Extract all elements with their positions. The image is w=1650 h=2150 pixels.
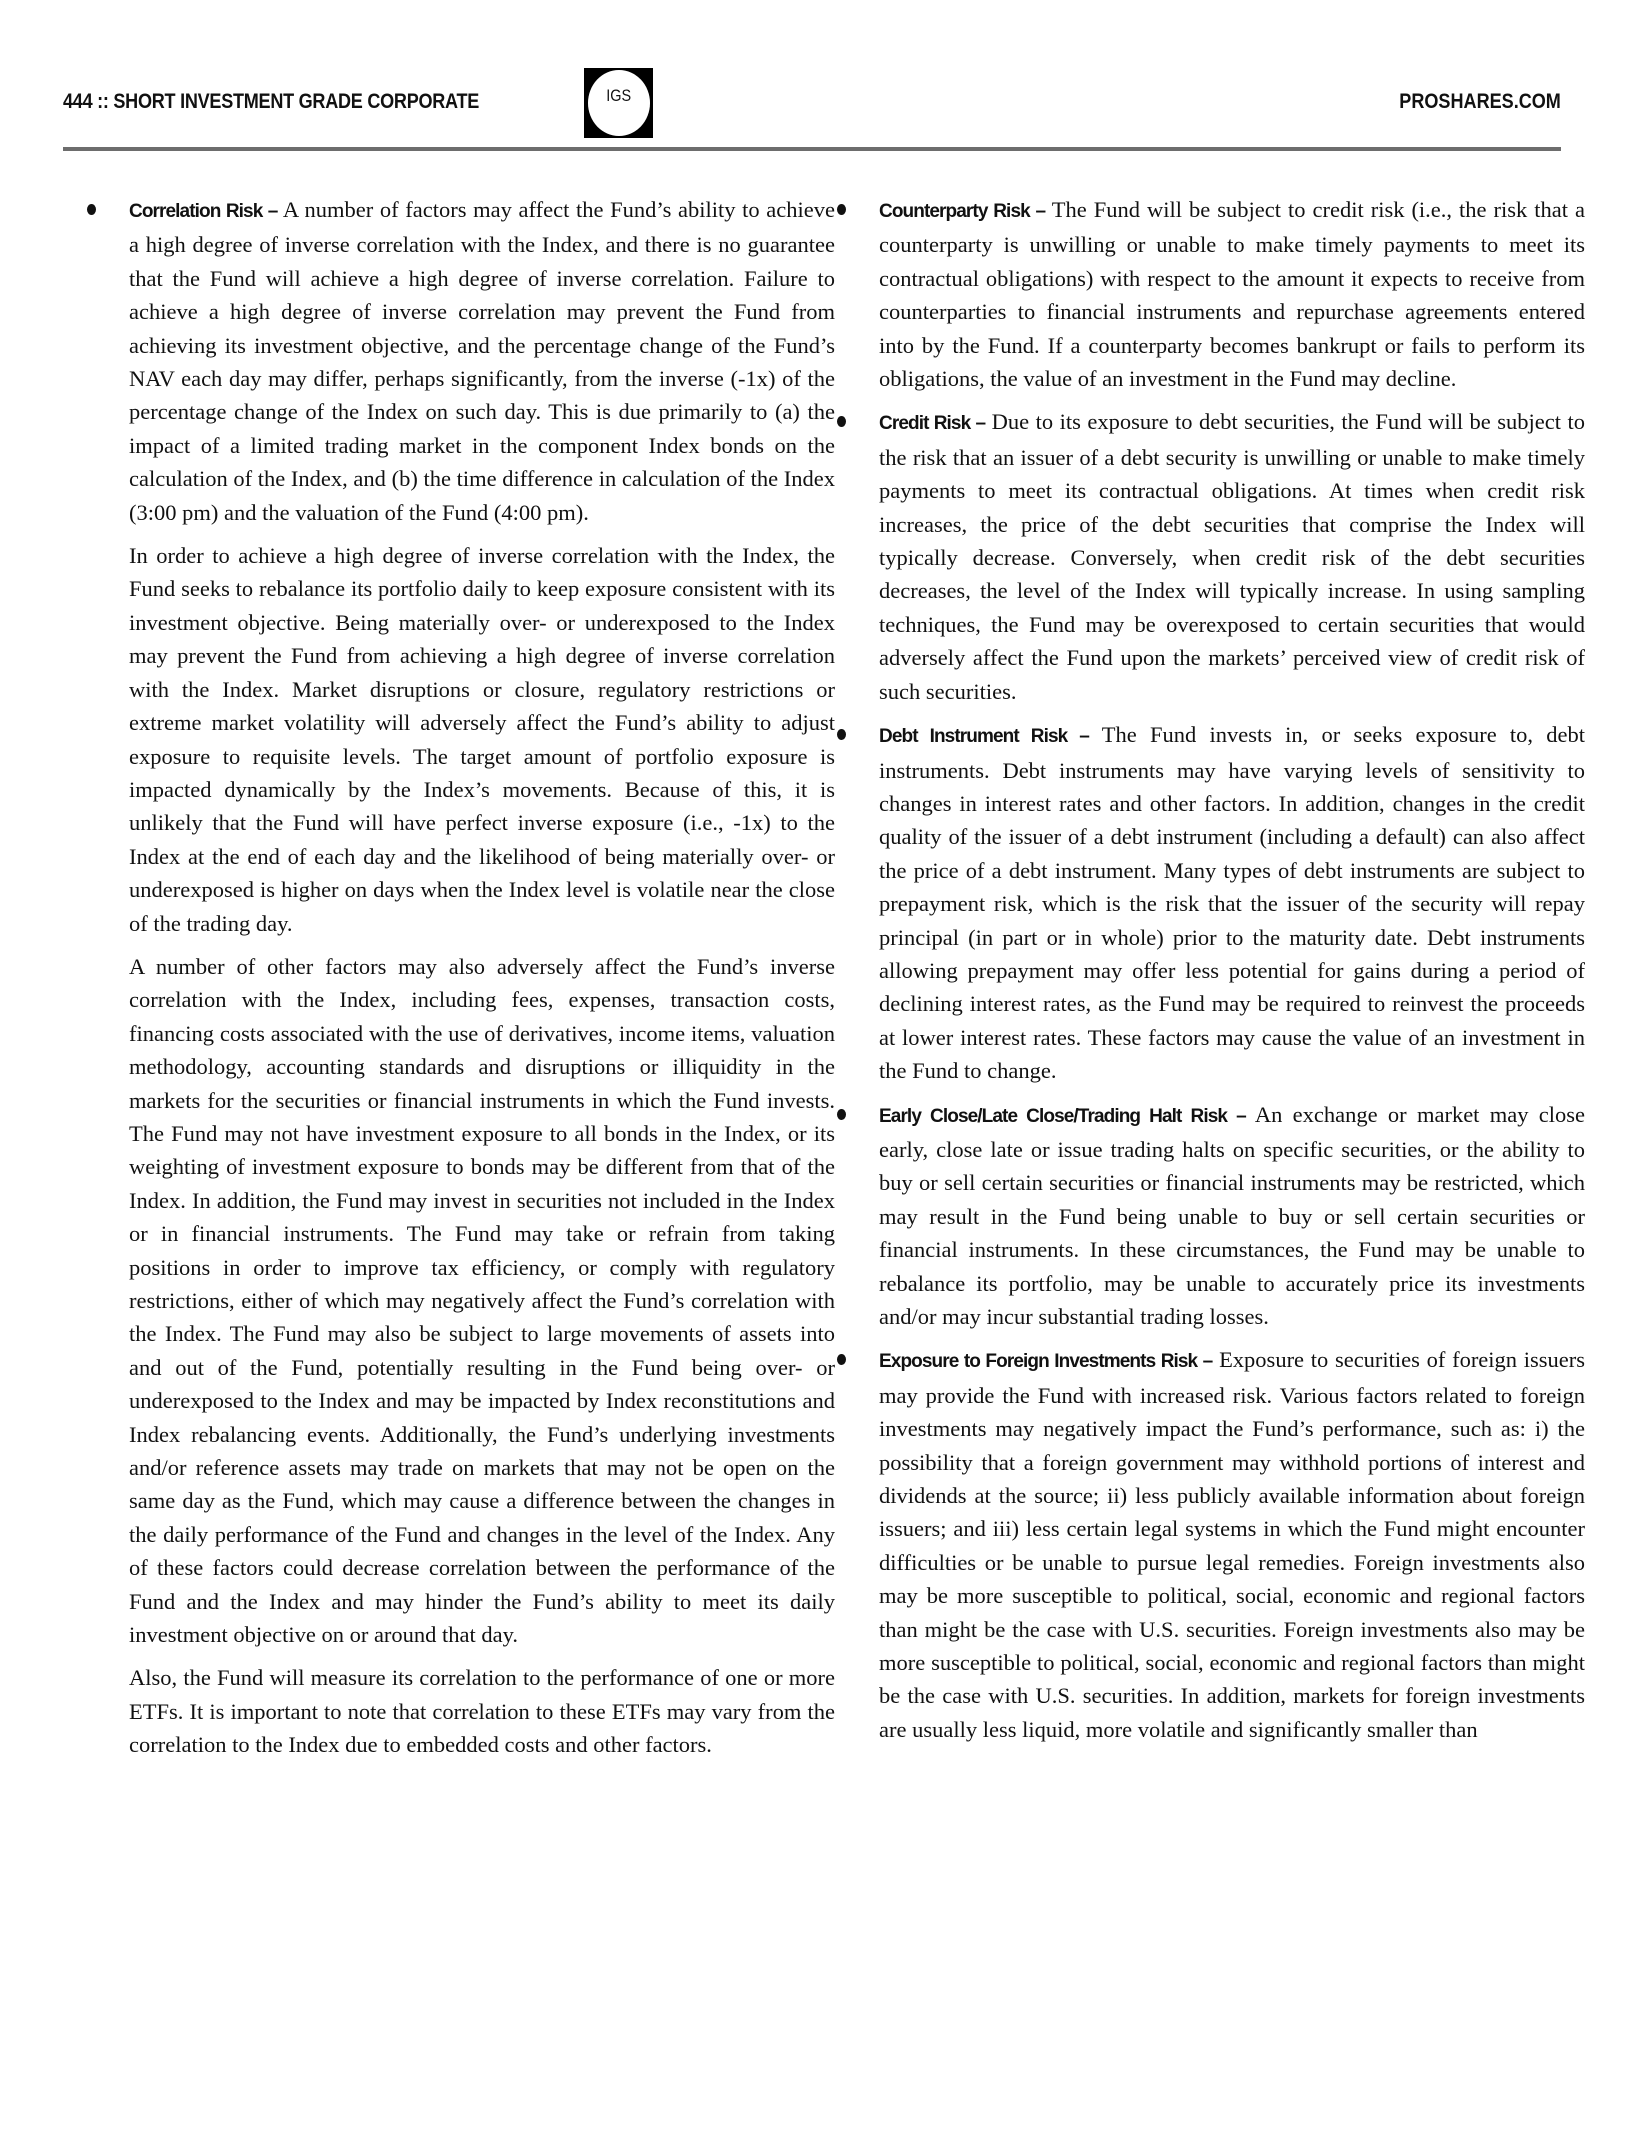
risk-term: Counterparty Risk –: [879, 201, 1045, 222]
risk-text: The Fund will be subject to credit risk …: [879, 197, 1585, 391]
body-paragraph: Also, the Fund will measure its correlat…: [129, 1661, 835, 1761]
risk-term: Credit Risk –: [879, 413, 985, 434]
bullet-icon: [837, 405, 847, 438]
risk-term: Correlation Risk –: [129, 201, 277, 222]
risk-item-foreign-investments: Exposure to Foreign Investments Risk – E…: [879, 1343, 1585, 1746]
risk-paragraph: Correlation Risk – A number of factors m…: [129, 193, 835, 529]
left-column: Correlation Risk – A number of factors m…: [129, 193, 835, 1772]
risk-text: Exposure to securities of foreign issuer…: [879, 1347, 1585, 1741]
risk-paragraph: Credit Risk – Due to its exposure to deb…: [879, 405, 1585, 708]
risk-term: Debt Instrument Risk –: [879, 726, 1089, 747]
site-name: PROSHARES.COM: [1399, 90, 1561, 114]
bullet-icon: [837, 1343, 847, 1376]
risk-text: The Fund invests in, or seeks exposure t…: [879, 722, 1585, 1083]
badge-circle-icon: IGS: [588, 70, 650, 136]
bullet-icon: [837, 1098, 847, 1131]
risk-text: An exchange or market may close early, c…: [879, 1102, 1585, 1329]
badge-label: IGS: [606, 86, 631, 106]
risk-item-credit: Credit Risk – Due to its exposure to deb…: [879, 405, 1585, 708]
risk-text: Due to its exposure to debt securities, …: [879, 409, 1585, 703]
risk-paragraph: Counterparty Risk – The Fund will be sub…: [879, 193, 1585, 395]
page-header: 444 :: SHORT INVESTMENT GRADE CORPORATE …: [63, 68, 1561, 138]
right-column: Counterparty Risk – The Fund will be sub…: [879, 193, 1585, 1756]
bullet-icon: [837, 193, 847, 226]
bullet-icon: [87, 193, 97, 226]
risk-item-counterparty: Counterparty Risk – The Fund will be sub…: [879, 193, 1585, 395]
header-divider: [63, 147, 1561, 151]
bullet-icon: [837, 718, 847, 751]
risk-item-early-close: Early Close/Late Close/Trading Halt Risk…: [879, 1098, 1585, 1334]
risk-paragraph: Exposure to Foreign Investments Risk – E…: [879, 1343, 1585, 1746]
body-paragraph: In order to achieve a high degree of inv…: [129, 539, 835, 940]
body-paragraph: A number of other factors may also adver…: [129, 950, 835, 1652]
risk-item-correlation: Correlation Risk – A number of factors m…: [129, 193, 835, 529]
risk-paragraph: Early Close/Late Close/Trading Halt Risk…: [879, 1098, 1585, 1334]
fund-ticker-badge: IGS: [584, 68, 653, 138]
risk-paragraph: Debt Instrument Risk – The Fund invests …: [879, 718, 1585, 1087]
page-label: 444 :: SHORT INVESTMENT GRADE CORPORATE: [63, 90, 479, 114]
risk-term: Exposure to Foreign Investments Risk –: [879, 1351, 1212, 1372]
risk-text: A number of factors may affect the Fund’…: [129, 197, 835, 525]
risk-term: Early Close/Late Close/Trading Halt Risk…: [879, 1106, 1246, 1127]
risk-item-debt-instrument: Debt Instrument Risk – The Fund invests …: [879, 718, 1585, 1087]
